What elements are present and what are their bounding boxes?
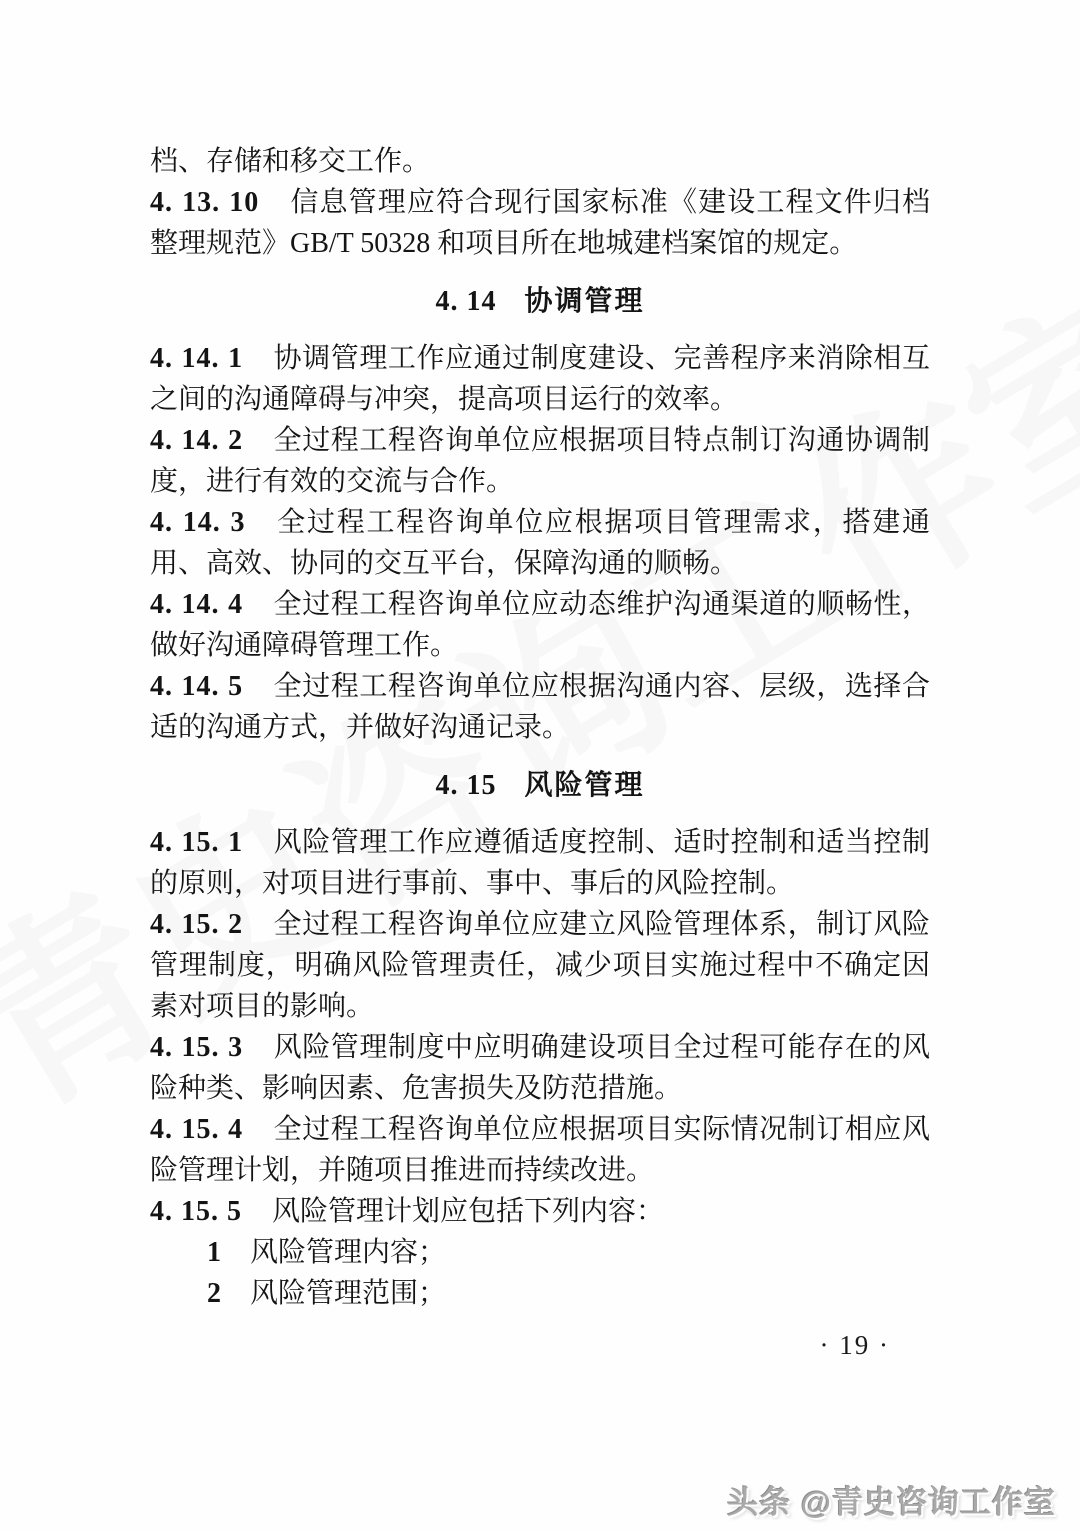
page-text-block: 档、存储和移交工作。 4. 13. 10信息管理应符合现行国家标准《建设工程文件… — [150, 141, 930, 1314]
document-page: 青史咨询工作室 档、存储和移交工作。 4. 13. 10信息管理应符合现行国家标… — [0, 0, 1080, 1530]
clause-number: 4. 14. 1 — [150, 343, 243, 374]
section-heading-4-14: 4. 14协调管理 — [150, 280, 930, 322]
list-item-text: 风险管理内容； — [250, 1237, 446, 1268]
clause-text: 风险管理计划应包括下列内容： — [272, 1196, 664, 1227]
clause-text: 全过程工程咨询单位应动态维护沟通渠道的顺畅性，做好沟通障碍管理工作。 — [150, 589, 930, 661]
clause-text: 风险管理制度中应明确建设项目全过程可能存在的风险种类、影响因素、危害损失及防范措… — [150, 1032, 930, 1104]
section-heading-4-15: 4. 15风险管理 — [150, 764, 930, 806]
clause-number: 4. 14. 3 — [150, 507, 246, 538]
list-item-1: 1风险管理内容； — [150, 1232, 930, 1273]
clause-text: 全过程工程咨询单位应根据沟通内容、层级，选择合适的沟通方式，并做好沟通记录。 — [150, 671, 930, 743]
clause-number: 4. 15. 3 — [150, 1032, 243, 1063]
clause-number: 4. 14. 2 — [150, 425, 243, 456]
clause-4-14-2: 4. 14. 2全过程工程咨询单位应根据项目特点制订沟通协调制度，进行有效的交流… — [150, 420, 930, 502]
clause-text: 全过程工程咨询单位应根据项目特点制订沟通协调制度，进行有效的交流与合作。 — [150, 425, 930, 497]
list-item-2: 2风险管理范围； — [150, 1273, 930, 1314]
clause-text: 全过程工程咨询单位应根据项目实际情况制订相应风险管理计划，并随项目推进而持续改进… — [150, 1114, 930, 1186]
list-item-text: 风险管理范围； — [250, 1278, 446, 1309]
clause-number: 4. 14. 4 — [150, 589, 243, 620]
section-title: 协调管理 — [524, 285, 644, 316]
section-title: 风险管理 — [524, 769, 644, 800]
clause-4-14-5: 4. 14. 5全过程工程咨询单位应根据沟通内容、层级，选择合适的沟通方式，并做… — [150, 666, 930, 748]
clause-number: 4. 15. 1 — [150, 827, 243, 858]
clause-4-15-4: 4. 15. 4全过程工程咨询单位应根据项目实际情况制订相应风险管理计划，并随项… — [150, 1109, 930, 1191]
clause-text: 信息管理应符合现行国家标准《建设工程文件归档整理规范》GB/T 50328 和项… — [150, 187, 930, 259]
clause-number: 4. 15. 5 — [150, 1196, 242, 1227]
clause-4-14-1: 4. 14. 1协调管理工作应通过制度建设、完善程序来消除相互之间的沟通障碍与冲… — [150, 338, 930, 420]
clause-text: 协调管理工作应通过制度建设、完善程序来消除相互之间的沟通障碍与冲突，提高项目运行… — [150, 343, 930, 415]
clause-4-15-1: 4. 15. 1风险管理工作应遵循适度控制、适时控制和适当控制的原则，对项目进行… — [150, 822, 930, 904]
clause-text: 风险管理工作应遵循适度控制、适时控制和适当控制的原则，对项目进行事前、事中、事后… — [150, 827, 930, 899]
clause-4-13-10: 4. 13. 10信息管理应符合现行国家标准《建设工程文件归档整理规范》GB/T… — [150, 182, 930, 264]
clause-number: 4. 15. 2 — [150, 909, 243, 940]
clause-4-15-3: 4. 15. 3风险管理制度中应明确建设项目全过程可能存在的风险种类、影响因素、… — [150, 1027, 930, 1109]
list-item-number: 1 — [207, 1237, 222, 1268]
section-number: 4. 14 — [435, 286, 496, 317]
clause-4-14-4: 4. 14. 4全过程工程咨询单位应动态维护沟通渠道的顺畅性，做好沟通障碍管理工… — [150, 584, 930, 666]
clause-text: 全过程工程咨询单位应根据项目管理需求，搭建通用、高效、协同的交互平台，保障沟通的… — [150, 507, 930, 579]
clause-text: 全过程工程咨询单位应建立风险管理体系，制订风险管理制度，明确风险管理责任，减少项… — [150, 909, 930, 1022]
clause-number: 4. 14. 5 — [150, 671, 243, 702]
page-number: · 19 · — [150, 1330, 890, 1361]
footer-watermark-text: 头条 @青史咨询工作室 — [727, 1477, 1056, 1522]
clause-4-15-5: 4. 15. 5风险管理计划应包括下列内容： — [150, 1191, 930, 1232]
clause-4-15-2: 4. 15. 2全过程工程咨询单位应建立风险管理体系，制订风险管理制度，明确风险… — [150, 904, 930, 1027]
paragraph-text: 档、存储和移交工作。 — [150, 146, 430, 177]
clause-4-14-3: 4. 14. 3全过程工程咨询单位应根据项目管理需求，搭建通用、高效、协同的交互… — [150, 502, 930, 584]
clause-number: 4. 13. 10 — [150, 187, 259, 218]
section-number: 4. 15 — [435, 770, 496, 801]
paragraph-continuation: 档、存储和移交工作。 — [150, 141, 930, 182]
clause-number: 4. 15. 4 — [150, 1114, 243, 1145]
list-item-number: 2 — [207, 1278, 222, 1309]
